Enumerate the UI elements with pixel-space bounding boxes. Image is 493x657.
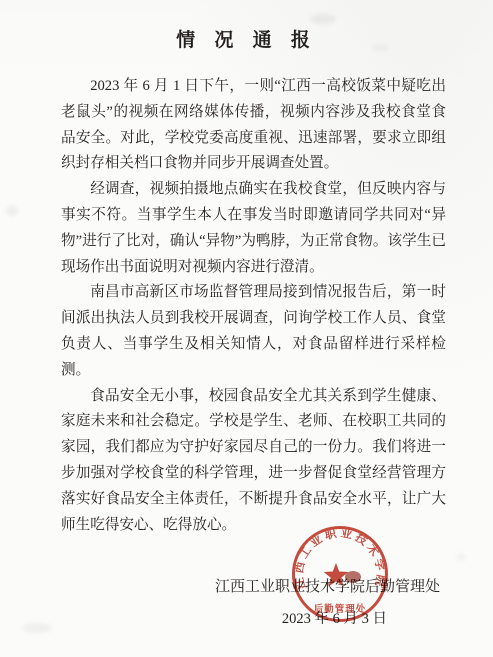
- scan-smudge: [6, 206, 18, 216]
- issuer-signature: 江西工业职业技术学院后勤管理处: [0, 574, 493, 600]
- issue-date: 2023 年 6 月 3 日: [0, 606, 493, 632]
- document-page: 情 况 通 报 2023 年 6 月 1 日下午，一则“江西一高校饭菜中疑吃出老…: [0, 0, 493, 657]
- scan-smudge: [310, 14, 336, 24]
- scan-smudge: [456, 554, 466, 560]
- paragraph-incident: 2023 年 6 月 1 日下午，一则“江西一高校饭菜中疑吃出老鼠头”的视频在网…: [61, 74, 446, 177]
- paragraph-investigation: 经调查，视频拍摄地点确实在我校食堂，但反映内容与事实不符。当事学生本人在事发当时…: [61, 177, 446, 280]
- document-title: 情 况 通 报: [0, 31, 493, 50]
- paragraph-regulator: 南昌市高新区市场监督管理局接到情况报告后，第一时间派出执法人员到我校开展调查，问…: [61, 280, 446, 383]
- paragraph-commitment: 食品安全无小事，校园食品安全尤其关系到学生健康、家庭未来和社会稳定。学校是学生、…: [61, 384, 446, 539]
- document-body: 2023 年 6 月 1 日下午，一则“江西一高校饭菜中疑吃出老鼠头”的视频在网…: [61, 74, 446, 538]
